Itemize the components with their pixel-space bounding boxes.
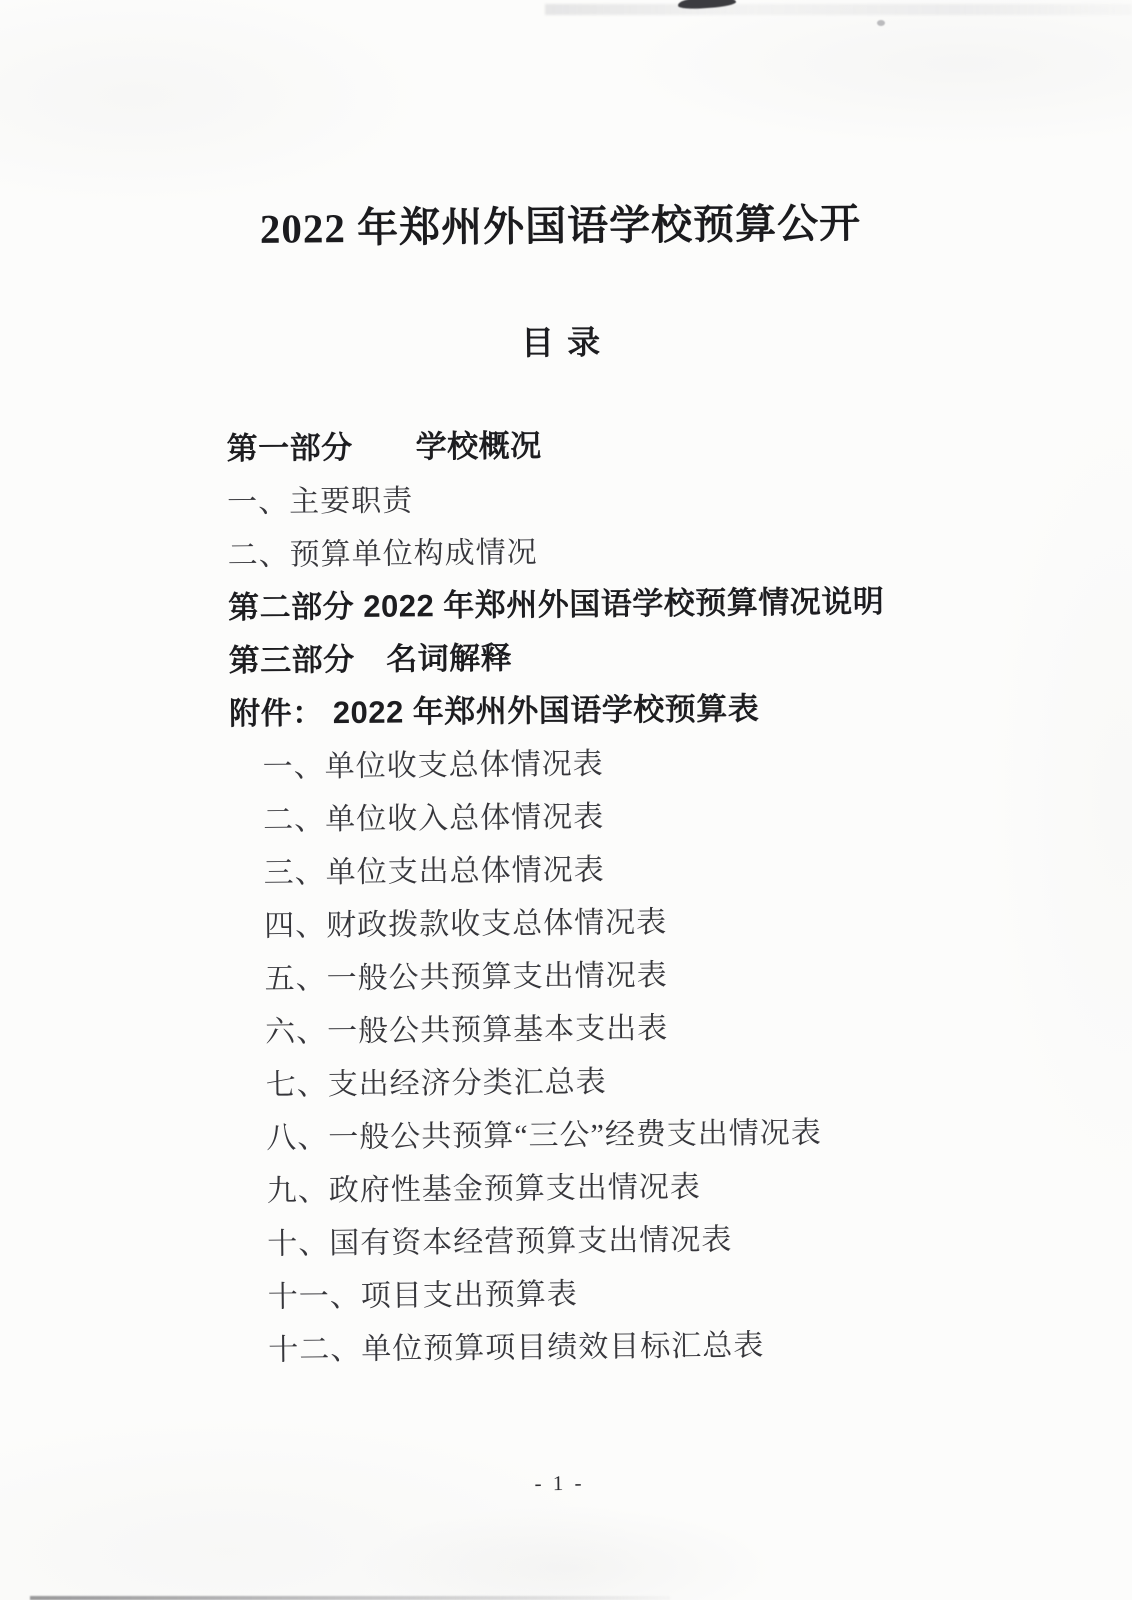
toc-entry: 四、财政拨款收支总体情况表 <box>231 888 1073 949</box>
toc-entry: 第三部分 名词解释 <box>228 623 1070 684</box>
toc-entry: 十一、项目支出预算表 <box>234 1259 1076 1320</box>
toc-entry: 一、主要职责 <box>227 464 1069 525</box>
toc-entry: 十二、单位预算项目绩效目标汇总表 <box>235 1312 1077 1373</box>
toc-entry: 第一部分 学校概况 <box>226 411 1068 472</box>
toc-entry: 三、单位支出总体情况表 <box>230 835 1072 896</box>
toc-entry: 二、预算单位构成情况 <box>227 517 1069 578</box>
toc-entry: 九、政府性基金预算支出情况表 <box>233 1153 1075 1214</box>
toc-entry: 二、单位收入总体情况表 <box>230 782 1072 843</box>
toc-heading: 目 录 <box>0 312 1128 370</box>
page-number: - 1 - <box>0 1466 1126 1502</box>
toc-entry: 附件： 2022 年郑州外国语学校预算表 <box>229 676 1071 737</box>
toc-entry: 十、国有资本经营预算支出情况表 <box>234 1206 1076 1267</box>
toc-entry: 八、一般公共预算“三公”经费支出情况表 <box>233 1100 1075 1161</box>
toc-entry: 一、单位收支总体情况表 <box>229 729 1071 790</box>
toc-entry: 六、一般公共预算基本支出表 <box>232 994 1074 1055</box>
scan-page: 2022 年郑州外国语学校预算公开 目 录 第一部分 学校概况 一、主要职责 二… <box>0 0 1132 1600</box>
document-content: 2022 年郑州外国语学校预算公开 目 录 第一部分 学校概况 一、主要职责 二… <box>0 0 1132 1600</box>
toc-entry: 七、支出经济分类汇总表 <box>232 1047 1074 1108</box>
toc-entry: 第二部分 2022 年郑州外国语学校预算情况说明 <box>228 570 1070 631</box>
toc-entry: 五、一般公共预算支出情况表 <box>231 941 1073 1002</box>
document-title: 2022 年郑州外国语学校预算公开 <box>0 188 1127 258</box>
toc-list: 第一部分 学校概况 一、主要职责 二、预算单位构成情况 第二部分 2022 年郑… <box>226 411 1077 1373</box>
